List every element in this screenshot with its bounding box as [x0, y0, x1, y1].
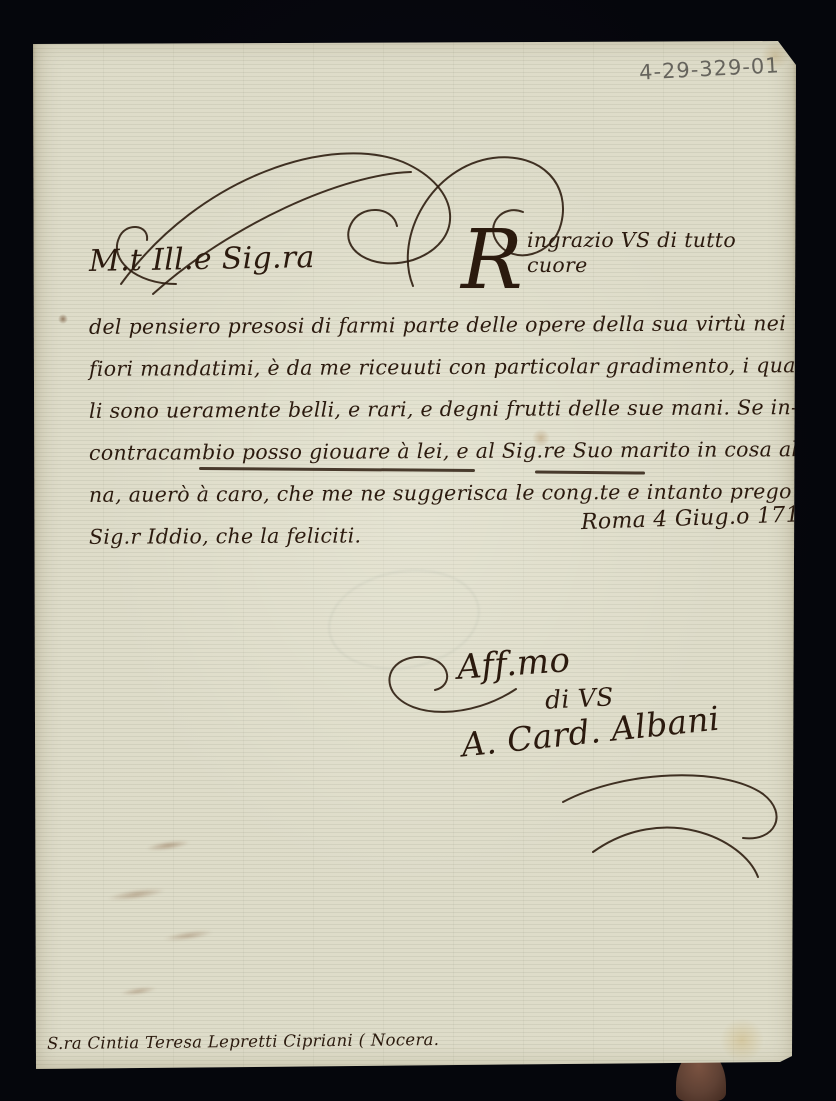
body-line: del pensiero presosi di farmi parte dell… [89, 302, 801, 348]
closing-line: Aff.mo [456, 640, 572, 688]
body-line: fiori mandatimi, è da me riceuuti con pa… [89, 344, 801, 390]
body-line: contracambio posso giouare à lei, e al S… [89, 428, 801, 474]
catalog-number: 4-29-329-01 [638, 51, 814, 84]
opening-line: Ringrazio VS di tutto cuore [461, 228, 791, 294]
docket-annotation: S.ra Cintia Teresa Lepretti Cipriani ( N… [47, 1030, 439, 1053]
body-line: li sono ueramente belli, e rari, e degni… [89, 386, 801, 432]
salutation: M.t Ill.e Sig.ra [89, 240, 315, 279]
ink-bleedthrough [48, 812, 264, 1036]
photograph-scene: 4-29-329-01 M.t Ill.e Sig.ra Ringrazio V… [0, 0, 836, 1101]
signature-paraph-flourish [553, 742, 793, 882]
manuscript-letter-page: 4-29-329-01 M.t Ill.e Sig.ra Ringrazio V… [33, 36, 796, 1072]
